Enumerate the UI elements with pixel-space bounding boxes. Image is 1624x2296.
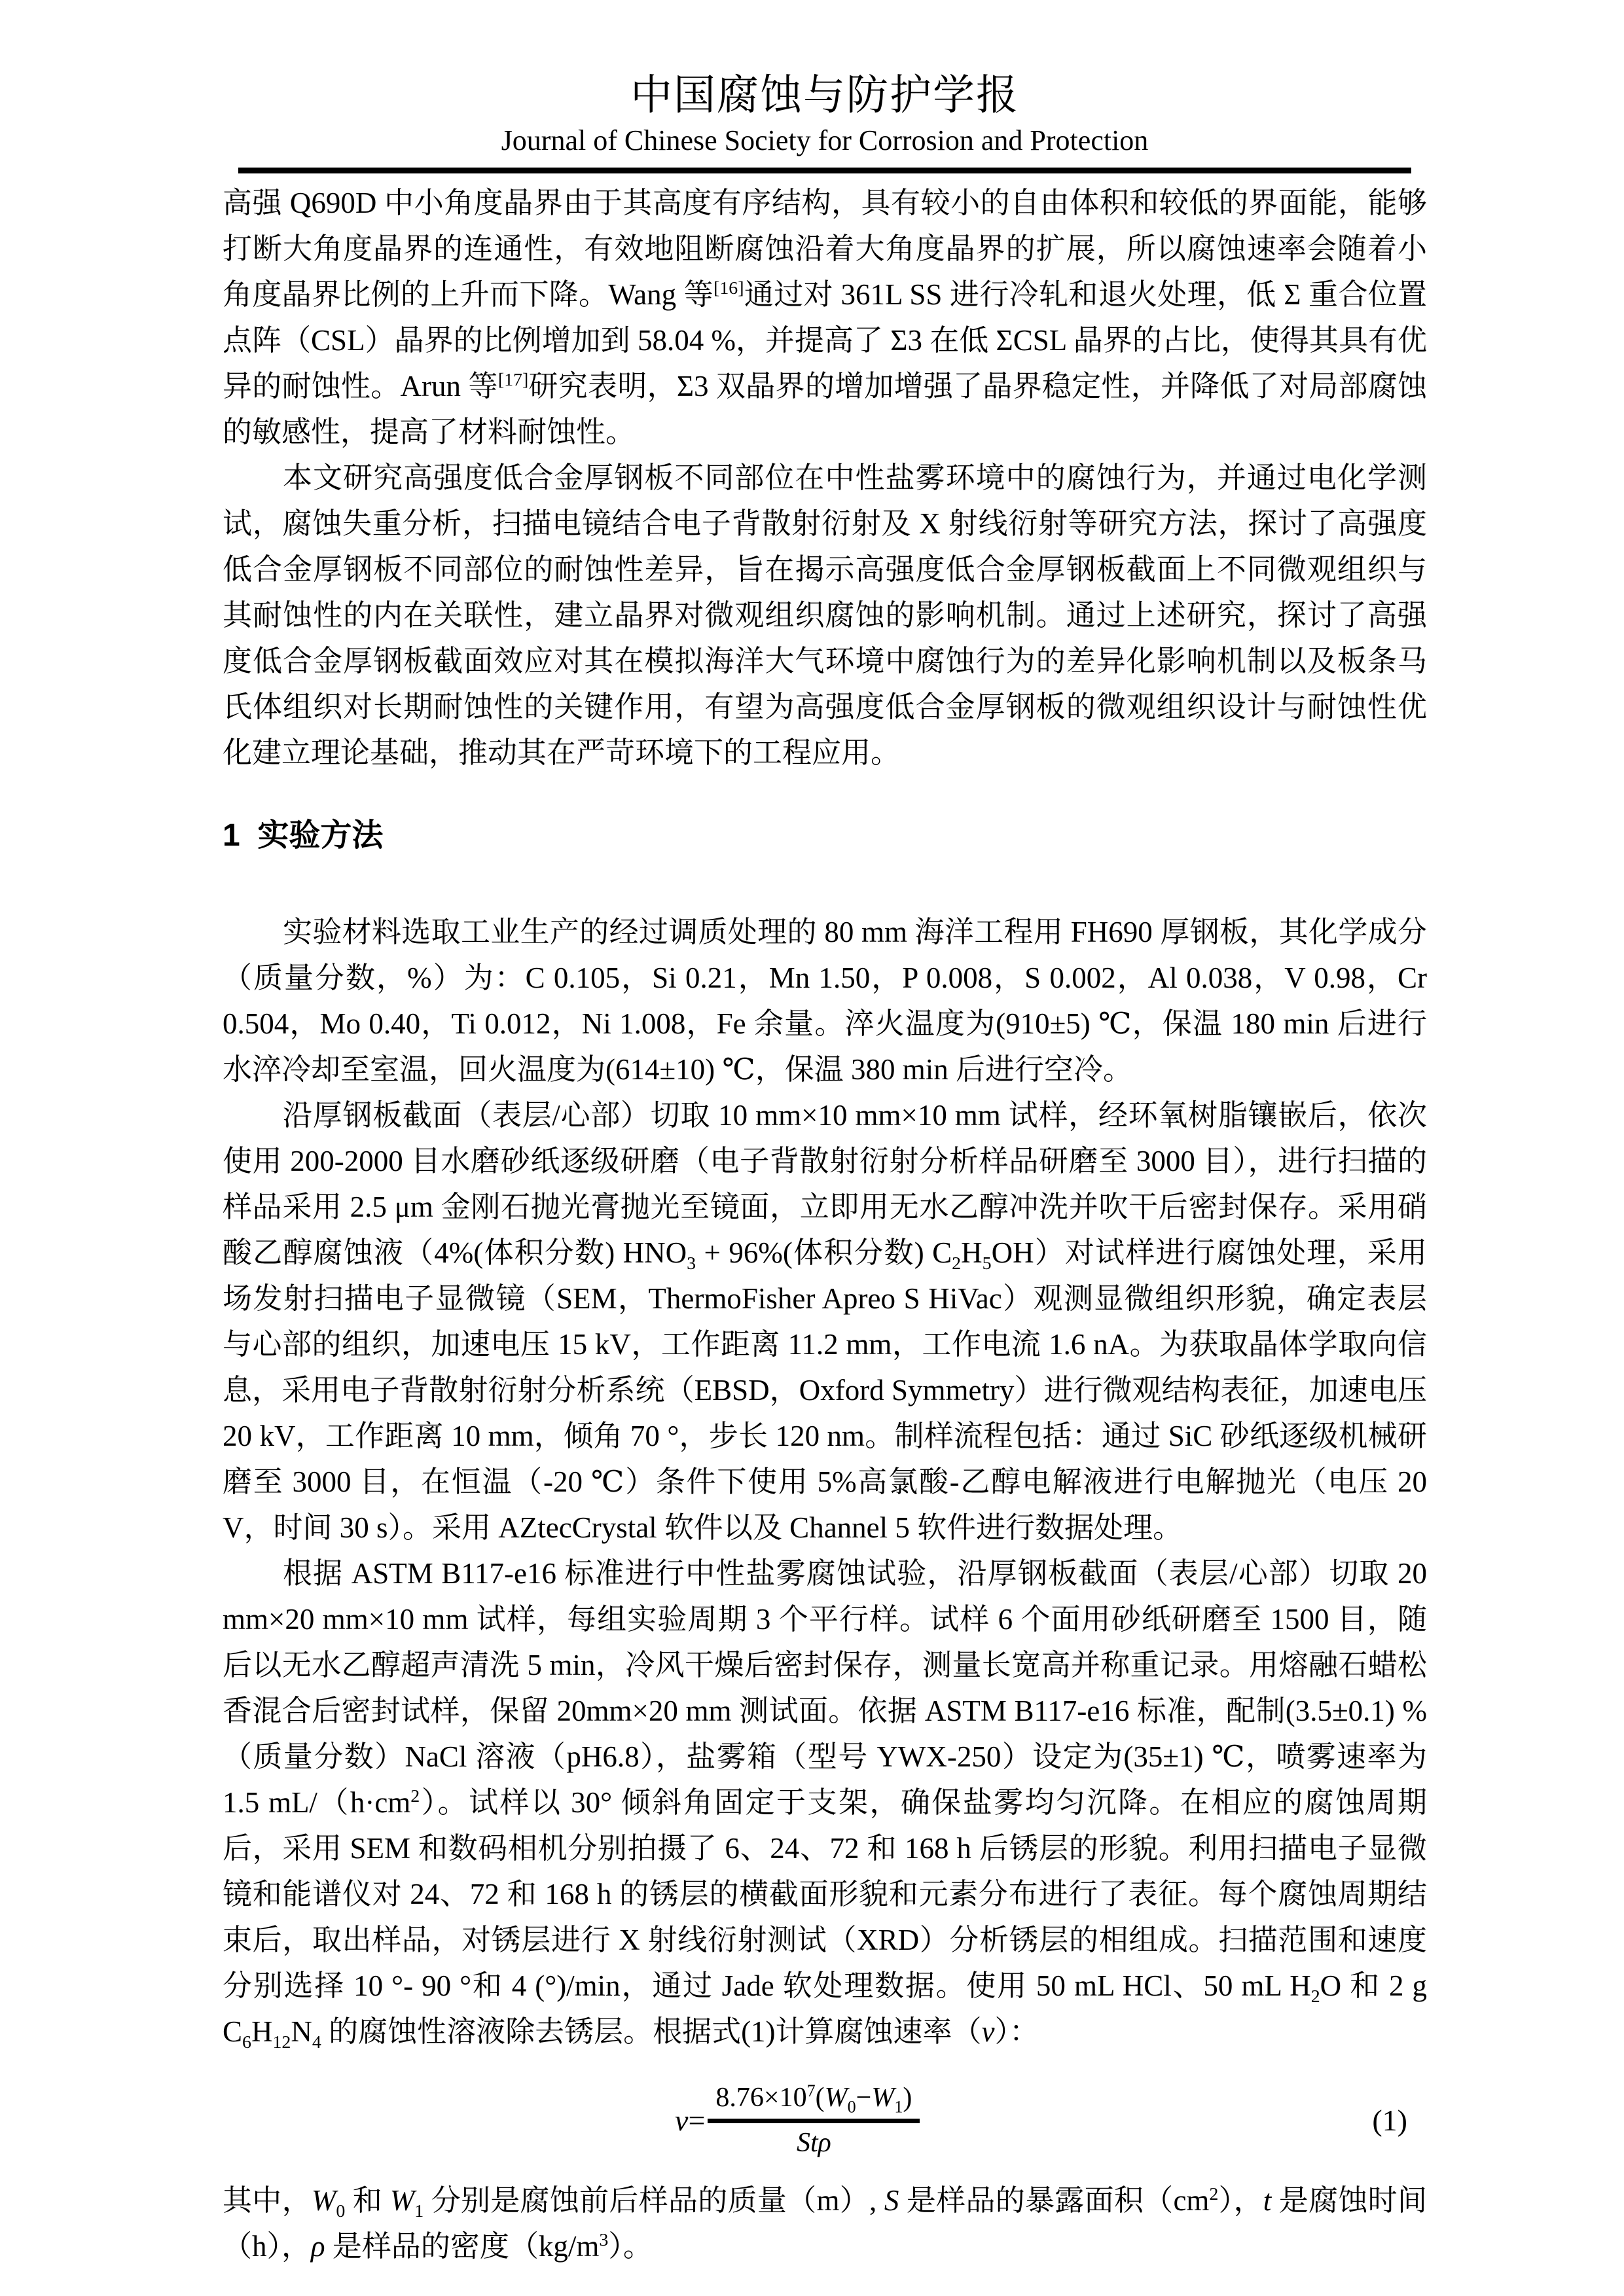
italic-symbol: v	[675, 2104, 688, 2137]
paragraph: 根据 ASTM B117-e16 标准进行中性盐雾腐蚀试验，沿厚钢板截面（表层/…	[223, 1551, 1427, 2054]
paragraph: 其中，W0 和 W1 分别是腐蚀前后样品的质量（m）, S 是样品的暴露面积（c…	[223, 2178, 1427, 2269]
superscript: 7	[807, 2081, 816, 2100]
journal-header: 中国腐蚀与防护学报 Journal of Chinese Society for…	[223, 71, 1427, 173]
content-column: 中国腐蚀与防护学报 Journal of Chinese Society for…	[223, 71, 1427, 2269]
subscript: 3	[687, 1253, 696, 1274]
italic-symbol: v	[982, 2015, 995, 2048]
paragraph: 本文研究高强度低合金厚钢板不同部位在中性盐雾环境中的腐蚀行为，并通过电化学测试，…	[223, 455, 1427, 776]
italic-symbol: W	[312, 2184, 336, 2217]
subscript: 0	[848, 2097, 856, 2116]
subscript: 4	[312, 2032, 321, 2053]
equation-fraction: 8.76×107(W0−W1)Stρ	[708, 2082, 920, 2159]
text-run: N	[291, 2015, 312, 2048]
subscript: 2	[952, 1253, 961, 1274]
text-run: H	[251, 2015, 273, 2048]
subscript: 2	[1311, 1986, 1320, 2007]
text-run: −	[856, 2083, 872, 2113]
text-run: 是样品的密度（kg/m	[325, 2230, 600, 2263]
text-run: 是样品的暴露面积（cm	[899, 2184, 1209, 2217]
text-run: ）。	[608, 2230, 653, 2263]
text-run: 和	[345, 2184, 389, 2217]
subscript: 1	[414, 2201, 424, 2221]
italic-symbol: W	[871, 2083, 894, 2113]
text-run: 分别是腐蚀前后样品的质量（m）,	[424, 2184, 884, 2217]
paragraph: 高强 Q690D 中小角度晶界由于其高度有序结构，具有较小的自由体积和较低的界面…	[223, 180, 1427, 455]
subscript: 12	[272, 2032, 291, 2053]
paragraph: 实验材料选取工业生产的经过调质处理的 80 mm 海洋工程用 FH690 厚钢板…	[223, 909, 1427, 1092]
text-run: 实验材料选取工业生产的经过调质处理的 80 mm 海洋工程用 FH690 厚钢板…	[223, 916, 1427, 1086]
journal-title-en: Journal of Chinese Society for Corrosion…	[223, 123, 1427, 158]
subscript: 5	[983, 1253, 992, 1274]
text-run: 的腐蚀性溶液除去锈层。根据式(1)计算腐蚀速率（	[321, 2015, 982, 2048]
page: 中国腐蚀与防护学报 Journal of Chinese Society for…	[0, 0, 1624, 2296]
subscript: 0	[336, 2201, 345, 2221]
italic-symbol: t	[1263, 2184, 1272, 2217]
header-rule	[238, 168, 1411, 173]
superscript: [16]	[713, 278, 744, 298]
italic-symbol: ρ	[311, 2230, 325, 2263]
superscript: [17]	[498, 370, 528, 390]
italic-symbol: ρ	[818, 2128, 831, 2158]
superscript: 2	[1209, 2184, 1218, 2204]
paragraph: 沿厚钢板截面（表层/心部）切取 10 mm×10 mm×10 mm 试样，经环氧…	[223, 1092, 1427, 1551]
equation-lhs: v=	[675, 2103, 705, 2138]
superscript: 3	[599, 2230, 608, 2250]
text-run: ）：	[995, 2015, 1039, 2048]
superscript: 2	[410, 1786, 420, 1806]
section-heading: 1 实验方法	[223, 817, 1427, 854]
italic-symbol: W	[390, 2184, 415, 2217]
subscript: 6	[242, 2032, 251, 2053]
italic-symbol: t	[810, 2128, 818, 2158]
text-run: ），	[1218, 2184, 1263, 2217]
text-run: 其中，	[223, 2184, 312, 2217]
equation: v=8.76×107(W0−W1)Stρ(1)	[223, 2082, 1427, 2159]
fraction-numerator: 8.76×107(W0−W1)	[708, 2082, 920, 2123]
italic-symbol: S	[797, 2128, 810, 2158]
subscript: 1	[894, 2097, 903, 2116]
text-run: 8.76×10	[715, 2083, 806, 2113]
article-body: 高强 Q690D 中小角度晶界由于其高度有序结构，具有较小的自由体积和较低的界面…	[223, 180, 1427, 2269]
italic-symbol: S	[884, 2184, 899, 2217]
text-run: )	[903, 2083, 912, 2113]
text-run: OH）对试样进行腐蚀处理，采用场发射扫描电子显微镜（SEM，ThermoFish…	[223, 1236, 1427, 1544]
text-run: + 96%(体积分数) C	[696, 1236, 952, 1269]
text-run: 本文研究高强度低合金厚钢板不同部位在中性盐雾环境中的腐蚀行为，并通过电化学测试，…	[223, 461, 1427, 769]
text-run: =	[688, 2104, 705, 2137]
equation-number: (1)	[1372, 2103, 1427, 2138]
journal-title-zh: 中国腐蚀与防护学报	[223, 71, 1427, 120]
equation-expression: v=8.76×107(W0−W1)Stρ	[223, 2082, 1372, 2159]
italic-symbol: W	[825, 2083, 848, 2113]
fraction-denominator: Stρ	[708, 2123, 920, 2159]
text-run: 根据 ASTM B117-e16 标准进行中性盐雾腐蚀试验，沿厚钢板截面（表层/…	[223, 1557, 1427, 1819]
text-run: H	[961, 1236, 983, 1269]
text-run: (	[816, 2083, 825, 2113]
